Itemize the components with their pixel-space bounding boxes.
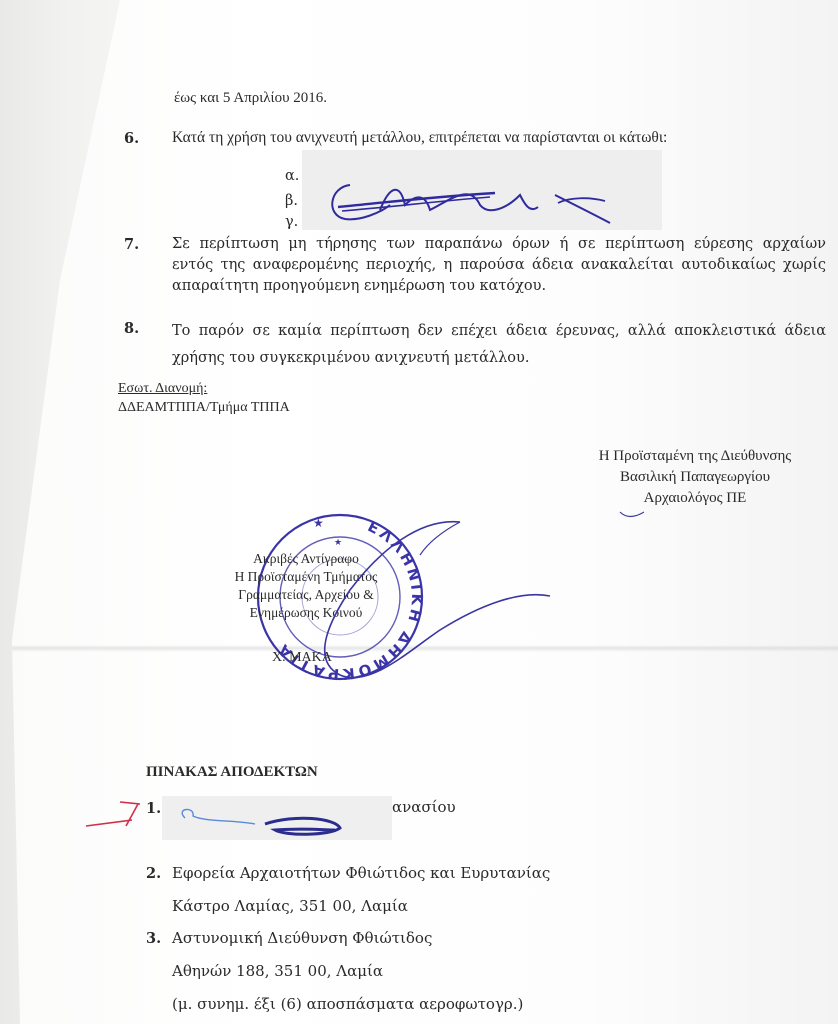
sub-marker-a: α. (285, 166, 299, 186)
handwritten-scribble (320, 175, 620, 235)
continuation-line: έως και 5 Απριλίου 2016. (174, 88, 327, 108)
handwritten-check-mark (82, 798, 142, 830)
item-number: 6. (124, 130, 139, 147)
internal-distribution-value: ΔΔΕΑΜΤΠΠΑ/Τμήμα ΤΠΠΑ (118, 399, 290, 417)
recipient-number: 2. (146, 865, 161, 882)
item-7-text: Σε περίπτωση μη τήρησης των παραπάνω όρω… (172, 234, 826, 297)
item-6-text: Κατά τη χρήση του ανιχνευτή μετάλλου, επ… (172, 128, 667, 148)
recipient-number: 3. (146, 930, 161, 947)
signature-stroke (270, 510, 570, 690)
signatory-role: Αρχαιολόγος ΠΕ (560, 488, 830, 509)
sub-marker-b: β. (285, 191, 298, 211)
item-number: 8. (124, 320, 139, 337)
redaction-scribble (165, 800, 405, 840)
signatory-block: Η Προϊσταμένη της Διεύθυνσης Βασιλική Πα… (560, 446, 830, 509)
recipient-3-line2: Αθηνών 188, 351 00, Λαμία (172, 961, 383, 981)
sub-marker-c: γ. (285, 212, 298, 232)
recipient-2-line2: Κάστρο Λαμίας, 351 00, Λαμία (172, 896, 408, 916)
recipient-number: 1. (146, 800, 161, 817)
recipient-2-line1: Εφορεία Αρχαιοτήτων Φθιώτιδος και Ευρυτα… (172, 863, 550, 883)
recipients-heading: ΠΙΝΑΚΑΣ ΑΠΟΔΕΚΤΩΝ (146, 762, 318, 782)
internal-distribution-label: Εσωτ. Διανομή: (118, 380, 207, 398)
item-8-line: Το παρόν σε καμία περίπτωση δεν επέχει ά… (172, 318, 826, 345)
item-7-line: απαραίτητη προηγούμενη ενημέρωση του κατ… (172, 276, 826, 297)
recipient-3-line3: (μ. συνημ. έξι (6) αποσπάσματα αεροφωτογ… (172, 994, 523, 1014)
item-7-line: εντός της αναφερομένης περιοχής, η παρού… (172, 255, 826, 276)
signatory-name: Βασιλική Παπαγεωργίου (560, 467, 830, 488)
item-8-text: Το παρόν σε καμία περίπτωση δεν επέχει ά… (172, 318, 826, 372)
signatory-title: Η Προϊσταμένη της Διεύθυνσης (560, 446, 830, 467)
item-7-line: Σε περίπτωση μη τήρησης των παραπάνω όρω… (172, 234, 826, 255)
signature-tick (618, 510, 648, 520)
recipient-3-line1: Αστυνομική Διεύθυνση Φθιώτιδος (172, 928, 432, 948)
item-8-line: χρήσης του συγκεκριμένου ανιχνευτή μετάλ… (172, 345, 826, 372)
item-number: 7. (124, 236, 139, 253)
